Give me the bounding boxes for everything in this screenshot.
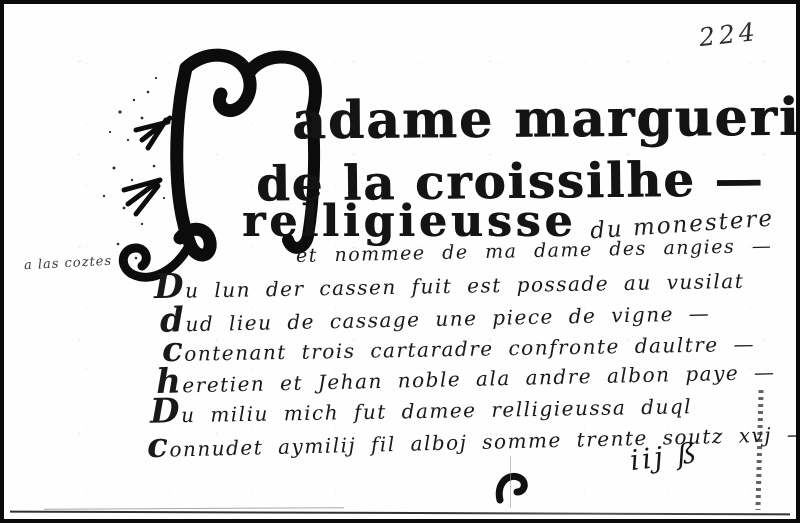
manuscript-page: 224 a las coztes adame margueritte — de … <box>0 0 800 523</box>
ink-hook-mark-icon <box>494 470 554 504</box>
amount-note: iij ß <box>628 436 701 477</box>
heading-line-1: adame margueritte — <box>292 86 800 152</box>
page-fold-line <box>10 511 790 516</box>
page-fold-line-faint <box>44 507 344 510</box>
page-crease <box>510 456 511 508</box>
folio-number: 224 <box>698 17 760 52</box>
